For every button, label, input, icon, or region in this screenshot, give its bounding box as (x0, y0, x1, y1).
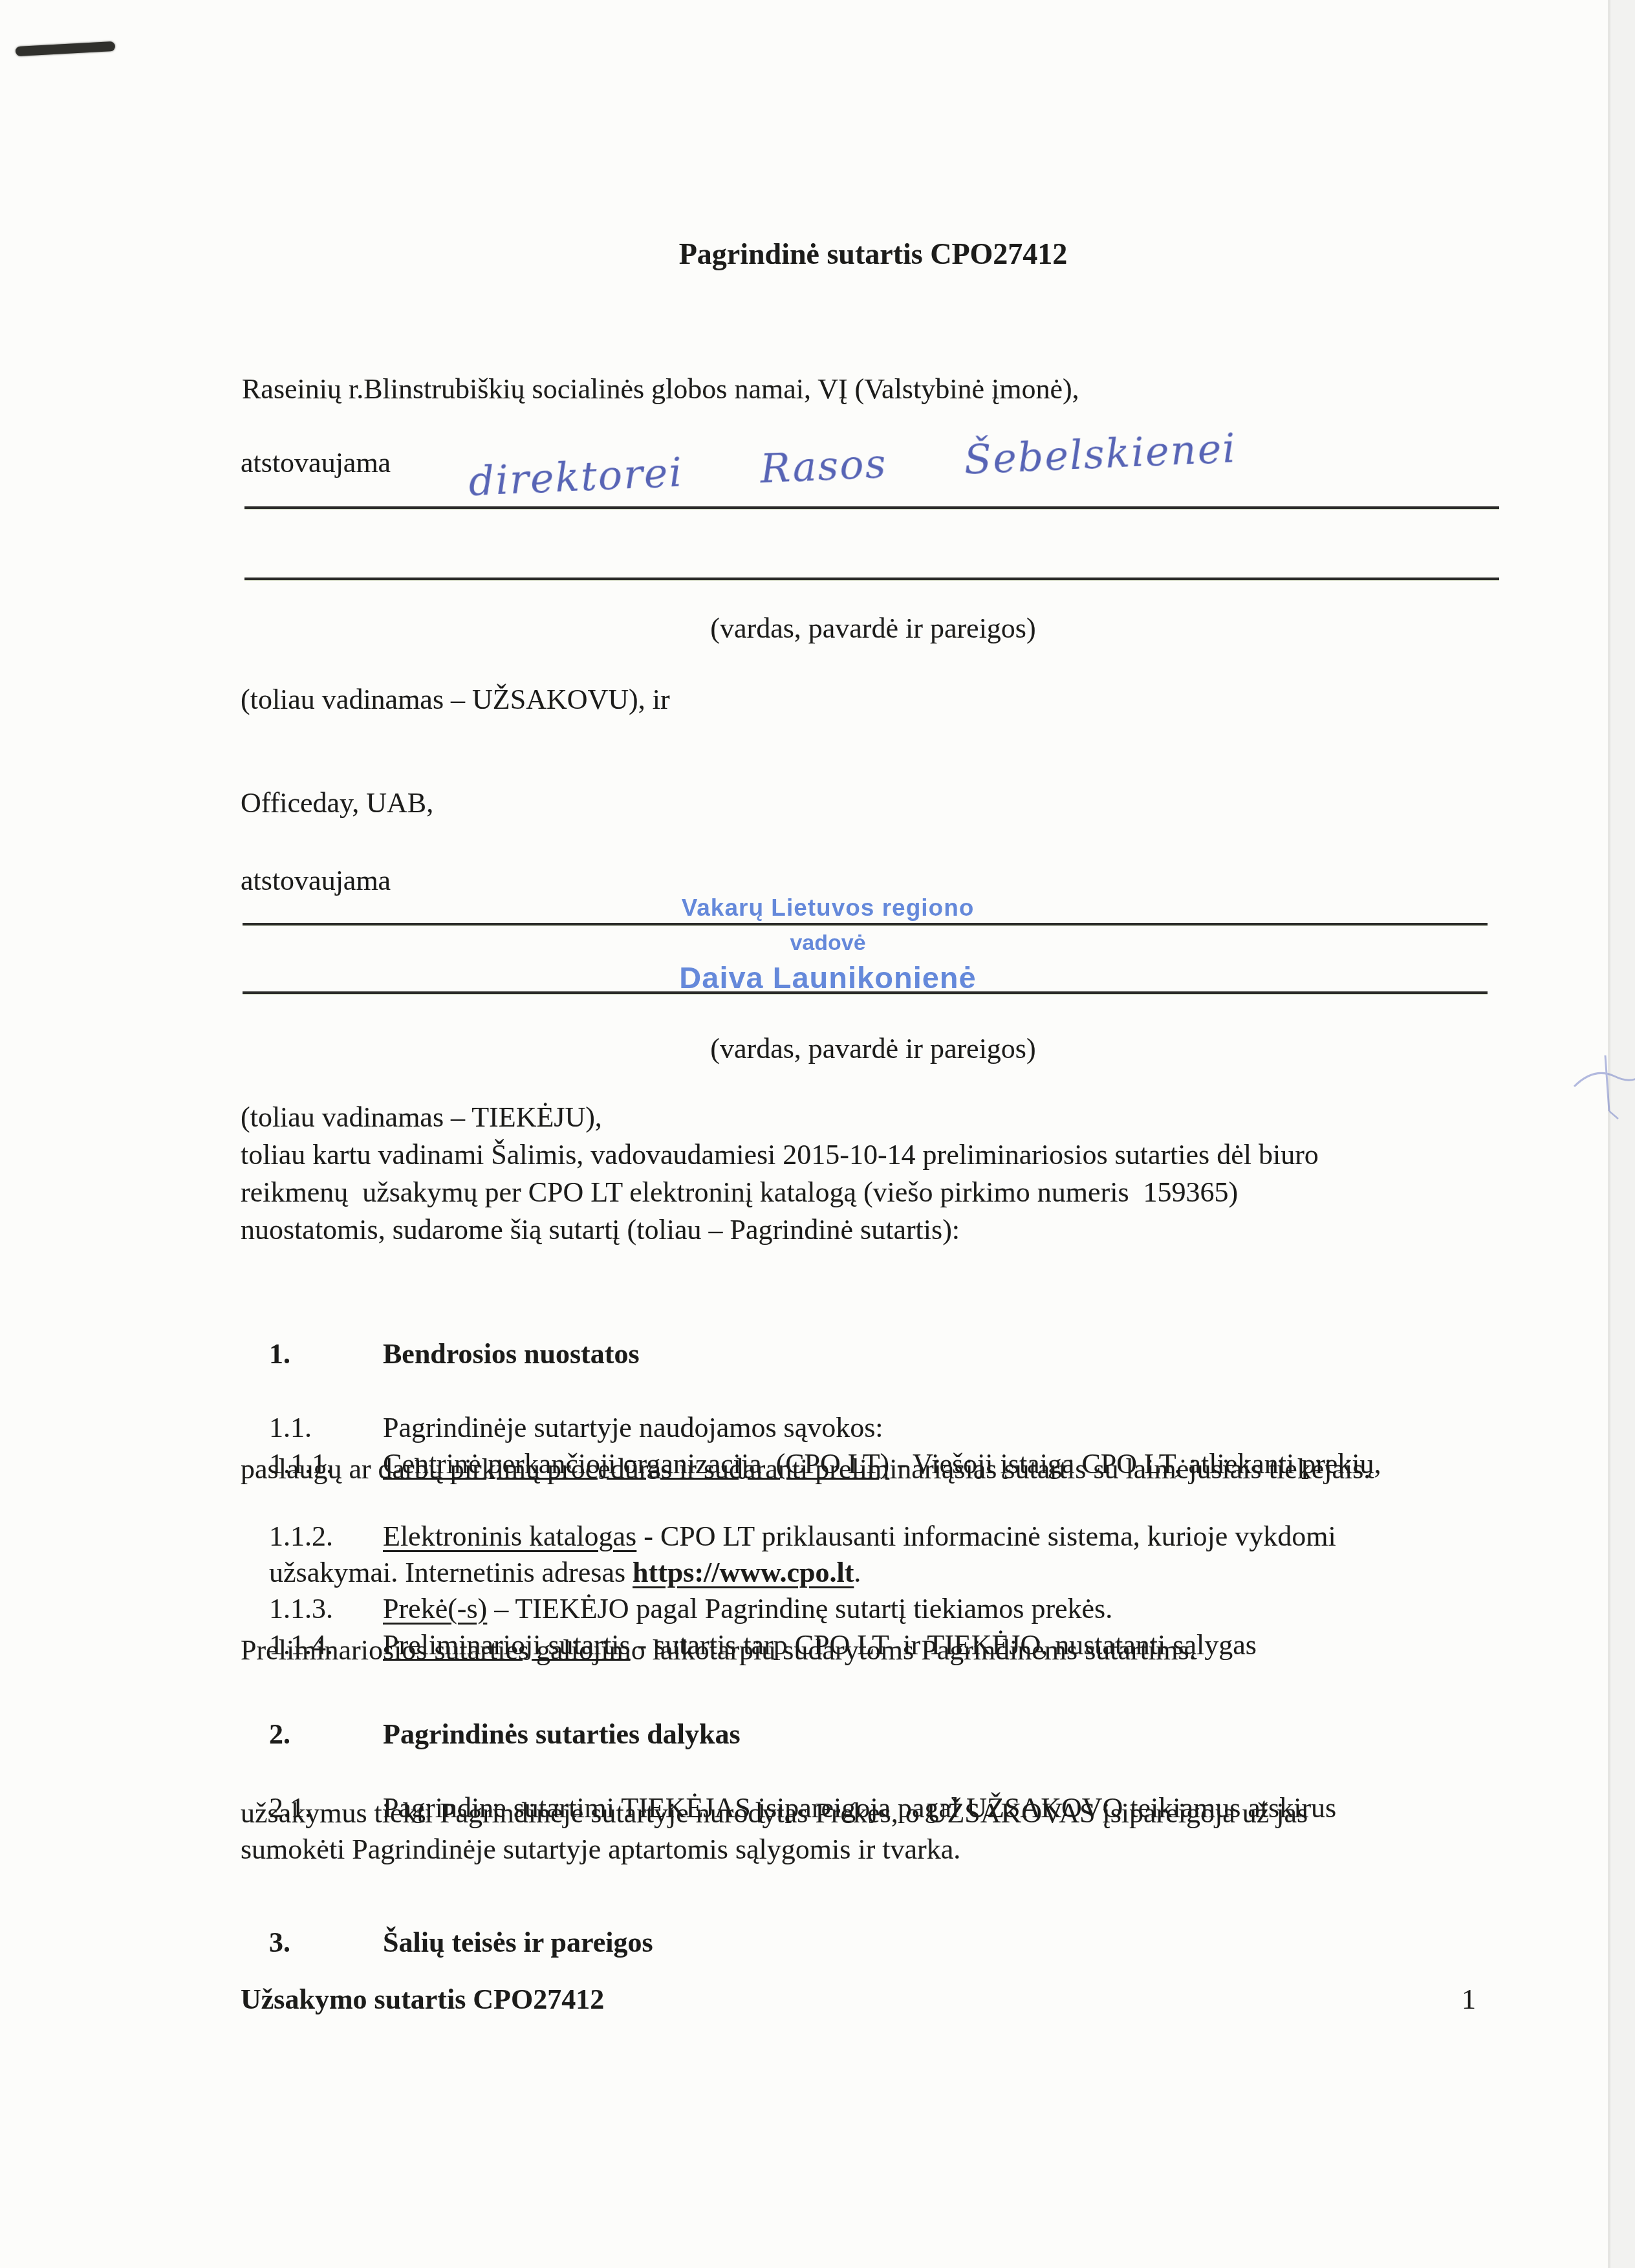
section-1-number: 1. (269, 1339, 383, 1370)
section-3-heading: 3.Šalių teisės ir pareigos (241, 1896, 653, 1989)
stamp-name-line: Daiva Launikonienė (582, 960, 1074, 995)
footer-contract-id: Užsakymo sutartis CPO27412 (241, 1984, 604, 2015)
preamble-line-3: nuostatomis, sudarome šią sutartį (tolia… (241, 1215, 960, 1246)
name-caption-supplier: (vardas, pavardė ir pareigos) (246, 1033, 1500, 1064)
section-2-title: Pagrindinės sutarties dalykas (383, 1718, 741, 1750)
document-title: Pagrindinė sutartis CPO27412 (246, 238, 1500, 270)
stamp-role-line: vadovė (582, 931, 1074, 956)
supplier-stamp: Vakarų Lietuvos regiono vadovė Daiva Lau… (582, 894, 1074, 995)
clause-2-1-line-2: užsakymus tiekti Pagrindinėje sutartyje … (241, 1798, 1308, 1829)
scanner-mark-top-left (16, 41, 116, 56)
clause-1-1-1-continuation: paslaugų ar darbų pirkimų procedūras ir … (241, 1454, 1370, 1485)
scan-edge-shading (1610, 0, 1635, 2268)
section-2-number: 2. (269, 1719, 383, 1750)
signature-line-2 (244, 578, 1499, 580)
signature-line-1 (244, 506, 1499, 509)
represented-by-label-buyer: atstovaujama (241, 448, 391, 479)
pen-mark-right-edge (1569, 1046, 1635, 1124)
buyer-name-line: Raseinių r.Blinstrubiškių socialinės glo… (242, 374, 1079, 405)
stamp-region-line: Vakarų Lietuvos regiono (582, 894, 1074, 922)
clause-1-1-4-continuation: Preliminariosios sutarties galiojimo lai… (241, 1635, 1196, 1666)
section-1-title: Bendrosios nuostatos (383, 1338, 640, 1370)
page-number: 1 (1462, 1984, 1476, 2015)
scanned-contract-page: Pagrindinė sutartis CPO27412 Raseinių r.… (0, 0, 1635, 2268)
section-3-title: Šalių teisės ir pareigos (383, 1927, 653, 1958)
handwritten-signature: direktorei Rasos Šebelskienei (468, 424, 1237, 505)
name-caption-buyer: (vardas, pavardė ir pareigos) (246, 613, 1500, 644)
buyer-alias-line: (toliau vadinamas – UŽSAKOVU), ir (241, 684, 670, 715)
represented-by-label-supplier: atstovaujama (241, 865, 391, 896)
section-3-number: 3. (269, 1927, 383, 1958)
supplier-alias-line: (toliau vadinamas – TIEKĖJU), (241, 1102, 602, 1133)
clause-2-1-line-3: sumokėti Pagrindinėje sutartyje aptartom… (241, 1834, 960, 1865)
preamble-line-2: reikmenų užsakymų per CPO LT elektroninį… (241, 1177, 1238, 1208)
supplier-name-line: Officeday, UAB, (241, 788, 433, 819)
preamble-line-1: toliau kartu vadinami Šalimis, vadovauda… (241, 1139, 1319, 1171)
